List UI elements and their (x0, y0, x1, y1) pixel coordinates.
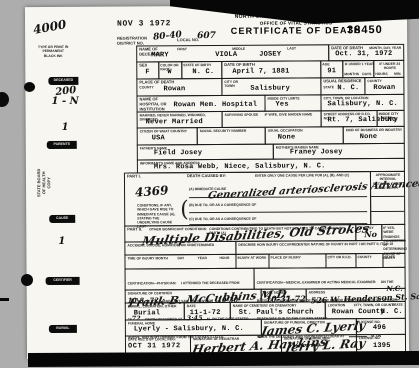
margin-handwritten-1b: 1 (58, 237, 65, 247)
marital-status-value: Never Married (146, 119, 203, 126)
race-value: W (167, 69, 171, 76)
part1-label: PART I. (127, 174, 141, 179)
burial-state-value: N. C. (381, 309, 403, 316)
pod-city-label: CITY OR TOWN (224, 80, 248, 89)
residence-state-cell: USUAL RESIDENCE STATE N. C. (320, 77, 365, 95)
brace-glyph: ( (180, 197, 189, 222)
citizen-cell: CITIZEN OF WHAT COUNTRY USA (137, 127, 198, 145)
interval-line-a (371, 196, 404, 197)
under-1-months-label: MONTHS (344, 72, 359, 76)
injury-state-cell: STATE (382, 253, 405, 268)
father-name-value: Field Josey (154, 150, 202, 157)
burial-date-cell: DATE 11-1-72 (184, 302, 231, 320)
due-to-c-label: (c) DUE TO, OR AS A CONSEQUENCE OF (189, 217, 256, 222)
ssn-cell: SOCIAL SECURITY NUMBER (197, 127, 266, 145)
under-1-year-label: IF UNDER 1 YEAR (344, 62, 374, 66)
injury-county-cell: COUNTY (355, 253, 383, 268)
hospital-label: NAME OF HOSPITAL OR INSTITUTION (139, 97, 173, 112)
residence-city-value: Salisbury, N. C. (328, 101, 398, 108)
date-received-stamp: OCT 31 1972 (128, 343, 181, 350)
burial-state-label: STATE (392, 303, 403, 307)
autopsy-cell: AUTOPSY No (355, 224, 382, 241)
interval-line-b (371, 211, 404, 212)
date-received-label: DATE REC'D BY LOCAL REG. (128, 337, 176, 342)
burial-location-cell: LOCATION CITY, TOWN, OR COUNTY STATE Row… (325, 301, 406, 319)
tab-parents: PARENTS (47, 141, 77, 149)
place-of-injury-cell: PLACE OF INJURY (268, 253, 326, 268)
type-print-note: TYPE OR PRINT IN PERMANENT BLACK INK (29, 45, 77, 58)
residence-state-value: N. C. (337, 85, 359, 92)
residence-state-label: STATE (323, 85, 334, 89)
sex-value: F (145, 69, 149, 76)
margin-handwritten-1: 1 (62, 123, 69, 133)
date-of-death-value: Oct. 31, 1972 (335, 51, 392, 58)
license1-value: 496 (373, 325, 386, 332)
ssn-label: SOCIAL SECURITY NUMBER (200, 129, 247, 134)
physician-certification-cell: CERTIFICATION—PHYSICIAN: I ATTENDED THE … (125, 268, 255, 291)
residence-county-cell: COUNTY Rowan (364, 77, 404, 95)
injury-at-work-cell: INJURY AT WORK (235, 254, 269, 269)
injury-city-cell: CITY OR R.F.D. (325, 253, 356, 268)
findings-cell: IF YES, WERE FINDINGS CONSIDERED IN DETE… (381, 224, 405, 241)
pod-county-label: COUNTY (139, 85, 153, 89)
residence-county-value: Rowan (373, 85, 395, 92)
time-month-label: MONTH (155, 256, 167, 260)
place-of-death-county-cell: PLACE OF DEATH COUNTY Rowan (136, 78, 222, 97)
burial-location-value: Rowan County (332, 309, 385, 316)
certifier-address-state: N.C. (386, 285, 402, 292)
name-last-label: LAST (287, 47, 296, 51)
death-caused-by-label: DEATH CAUSED BY: (187, 174, 226, 179)
hole-punch-dot-3 (21, 274, 33, 286)
inside-city-limits-cell-1: INSIDE CITY LIMITS Yes (264, 94, 321, 111)
type-note-line3: BLACK INK (29, 53, 77, 58)
cemetery-value: St. Paul's Church (239, 309, 314, 316)
age-value: 91 (327, 68, 336, 75)
interval-cell: APPROXIMATE INTERVAL BETWEEN ONSET AND D… (370, 171, 405, 225)
burial-location-sub: CITY, TOWN, OR COUNTY (354, 303, 396, 308)
place-of-death-city-cell: CITY OR TOWN Salisbury (221, 77, 321, 96)
surviving-spouse-label: SURVIVING SPOUSE (225, 113, 259, 117)
residence-county-label: COUNTY (367, 79, 381, 83)
funeral-home-value: Lyerly - Salisbury, N. C. (134, 326, 244, 334)
license2-label: LICENSE NO. (359, 336, 381, 340)
hole-punch-dot-1 (24, 82, 35, 92)
medical-examiner-cell: CERTIFICATION—MEDICAL EXAMINER OR ACTING… (254, 267, 406, 290)
tab-certifier: CERTIFIER (46, 277, 80, 285)
age-label: AGE (322, 62, 342, 66)
hole-punch-dot-2 (0, 92, 9, 107)
tab-deceased: DECEASED (48, 77, 78, 85)
state-of-birth-cell: STATE OF BIRTH N. C. (181, 61, 222, 79)
injury-county-label: COUNTY (357, 255, 371, 259)
informant-value: Mrs. Rosa Webb, Niece, Salisbury, N. C. (154, 163, 326, 171)
me-cert-label: CERTIFICATION—MEDICAL EXAMINER OR ACTING… (257, 280, 377, 285)
cemetery-cell: NAME OF CEMETERY OR CREMATORY St. Paul's… (230, 301, 326, 320)
phys-line1-pre: I ATTENDED THE DECEASED FROM (181, 280, 239, 284)
inside-city-limits-value-2: No (388, 117, 397, 124)
under-24-hours-sub: HOURS (375, 72, 387, 76)
side-copy-line3: COPY (46, 163, 51, 203)
describe-injury-label: DESCRIBE HOW INJURY OCCURRED (238, 243, 299, 248)
state-of-birth-label: STATE OF BIRTH (183, 63, 221, 67)
under-1-year-cell: IF UNDER 1 YEAR MONTHS DAYS (342, 60, 374, 78)
marital-status-cell: MARRIED, NEVER MARRIED, WIDOWED, DIVORCE… (137, 111, 223, 129)
residence-city-cell: CITY, TOWN, OR LOCATION Salisbury, N. C. (320, 94, 404, 112)
funeral-director-cell: SIGNATURE OF FUNERAL DIRECTOR James C. L… (261, 318, 357, 336)
age-cell: AGE 91 (320, 60, 343, 78)
time-day-label: DAY (177, 256, 184, 260)
burial-type-value: Burial (134, 310, 160, 317)
burial-type-label: BURIAL, CREMATION, OTHER (128, 304, 183, 309)
burial-location-label: LOCATION (328, 303, 345, 307)
occupation-label: USUAL OCCUPATION (268, 128, 342, 133)
accident-label: ACCIDENT, SUICIDE, HOMICIDE, OR UNDETERM… (127, 243, 233, 248)
injury-at-work-label: INJURY AT WORK (237, 256, 269, 260)
occupation-cell: USUAL OCCUPATION None (265, 126, 344, 144)
industry-value: None (360, 134, 378, 141)
name-middle-value: VIOLA (215, 52, 237, 59)
name-first-value: MARY (151, 52, 169, 59)
under-24-hours-label: IF UNDER 24 HOURS (375, 62, 404, 71)
side-copy-label: STATE BOARD OF HEALTH COPY (36, 163, 52, 203)
one-cause-note: ENTER ONLY ONE CAUSE PER LINE FOR (a), (… (255, 173, 349, 178)
hospital-value: Rowan Mem. Hospital (174, 102, 258, 110)
sex-cell: SEX F (136, 61, 159, 79)
burial-type-cell: BURIAL, CREMATION, OTHER Burial (125, 302, 185, 320)
photocopy-page: 4000 TYPE OR PRINT IN PERMANENT BLACK IN… (0, 0, 419, 368)
date-of-death-cell: DATE OF DEATH MONTH, DAY, YEAR Oct. 31, … (328, 44, 404, 61)
tab-burial: BURIAL (49, 325, 77, 333)
name-first-label: FIRST (177, 47, 187, 51)
cause-code-handwritten: 4369 (135, 184, 169, 198)
inside-city-limits-value-1: Yes (276, 102, 289, 109)
time-of-injury-label: TIME OF INJURY (127, 256, 154, 260)
serial-number: 38450 (347, 25, 383, 36)
injury-state-label: STATE (384, 255, 395, 259)
received-date-stamp: NOV 3 1972 (117, 20, 171, 28)
industry-label: KIND OF BUSINESS OR INDUSTRY (346, 128, 404, 133)
date-of-birth-value: April 7, 1881 (232, 69, 289, 76)
local-no-value: 607 (197, 32, 216, 41)
margin-handwritten-1n: 1 - N (51, 97, 78, 107)
citizen-value: USA (152, 135, 165, 142)
date-of-birth-cell: DATE OF BIRTH April 7, 1881 (221, 60, 321, 79)
describe-injury-sub: ENTER NATURE OF INJURY IN PART I OR PART… (298, 242, 402, 247)
burial-date-value: 11-1-72 (190, 310, 221, 317)
under-1-days-label: DAYS (362, 72, 371, 76)
occupation-value: None (278, 135, 296, 142)
interval-label: APPROXIMATE INTERVAL BETWEEN ONSET AND D… (372, 173, 404, 190)
time-hour-label: HOUR (219, 256, 229, 260)
scan-artifact-dash (0, 298, 9, 301)
due-to-b-label: (b) DUE TO, OR AS A CONSEQUENCE OF (189, 203, 256, 208)
inside-city-limits-cell-2: INSIDE CITY LIMITS No (377, 110, 405, 127)
citizen-label: CITIZEN OF WHAT COUNTRY (140, 129, 196, 134)
place-of-injury-label: PLACE OF INJURY (270, 255, 325, 260)
surviving-spouse-cell: SURVIVING SPOUSE IF WIFE, GIVE MAIDEN NA… (222, 110, 322, 128)
cemetery-label: NAME OF CEMETERY OR CREMATORY (233, 304, 297, 309)
time-year-label: YEAR (197, 256, 206, 260)
part2-label: PART II. (127, 227, 142, 232)
state-of-birth-value: N. C. (192, 69, 214, 76)
license1-cell: LICENSE NO. 496 (356, 318, 406, 335)
scan-artifact-bottom (28, 351, 419, 367)
street-address-cell: STREET ADDRESS OR R.F.D. NO. Rt. 7, Sali… (321, 110, 378, 127)
pod-county-value: Rowan (163, 86, 185, 93)
surviving-spouse-sub: IF WIFE, GIVE MAIDEN NAME (265, 112, 313, 117)
injury-city-label: CITY OR R.F.D. (327, 255, 356, 259)
under-24-min-label: MIN. (394, 72, 401, 76)
name-last-value: JOSEY (259, 52, 281, 59)
industry-cell: KIND OF BUSINESS OR INDUSTRY None (343, 126, 405, 144)
burial-date-label: DATE (187, 304, 196, 308)
race-cell: COLOR OR RACE W (158, 61, 182, 79)
cause-part1-cell: PART I. DEATH CAUSED BY: ENTER ONLY ONE … (124, 171, 371, 227)
autopsy-value: No (364, 230, 377, 238)
hospital-cell: NAME OF HOSPITAL OR INSTITUTION Rowan Me… (136, 95, 265, 113)
license2-value: 1395 (373, 343, 391, 350)
pod-city-value: Salisbury (250, 86, 290, 93)
physician-cert-label: CERTIFICATION—PHYSICIAN: (128, 281, 177, 285)
due-to-b-line (189, 211, 367, 213)
margin-handwritten-amount: 4000 (32, 18, 67, 36)
tab-cause: CAUSE (49, 215, 75, 223)
certificate-sheet: 4000 TYPE OR PRINT IN PERMANENT BLACK IN… (25, 5, 409, 359)
under-24-hours-cell: IF UNDER 24 HOURS HOURS MIN. (373, 60, 404, 78)
mother-name-value: Franey Josey (290, 149, 343, 156)
local-no-label: LOCAL NO. (177, 38, 199, 43)
